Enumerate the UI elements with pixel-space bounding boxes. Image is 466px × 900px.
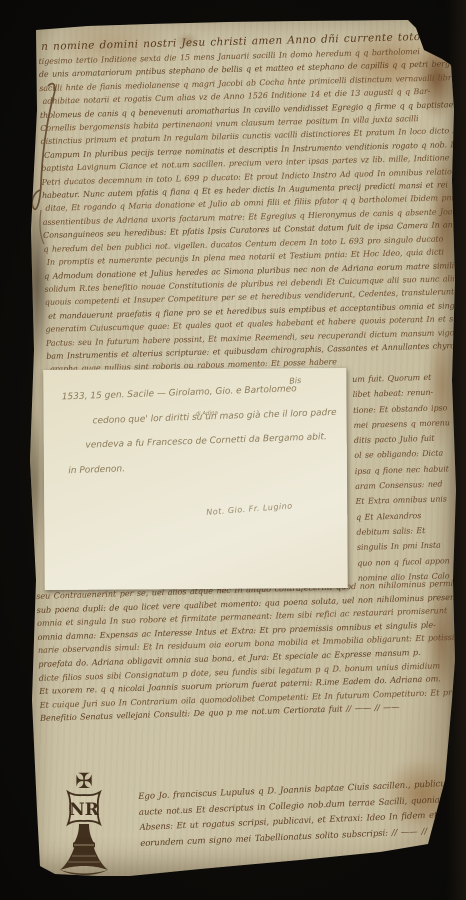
manuscript-line: Pactus: seu In futurum habere possint, E… <box>46 326 460 350</box>
manuscript-line: In promptis et numerante pecunijs In ple… <box>47 245 458 269</box>
ink-spot-top <box>176 34 198 48</box>
manuscript-line: singulis In pmi Insta <box>357 537 461 555</box>
shadow-left-edge <box>24 198 50 368</box>
manuscript-line: n nomine domini nostri Jesu christi amen… <box>41 29 452 55</box>
manuscript-line: Petri ducatos decemnum in toto L 699 p d… <box>42 165 456 189</box>
stain-right-upper <box>428 138 462 308</box>
manuscript-line: dicte filios suos sibi Consignatum p dot… <box>39 658 457 685</box>
manuscript-line: Ego Jo. franciscus Lupulus q D. Joannis … <box>138 777 456 806</box>
photo-background: n nomine domini nostri Jesu christi amen… <box>0 0 466 900</box>
manuscript-upper-text: n nomine domini nostri Jesu christi amen… <box>38 29 461 376</box>
manuscript-line: sub poena dupli: de quo licet vere quali… <box>36 590 454 617</box>
manuscript-line: assentientibus de Adriana uxoris factaru… <box>43 205 457 229</box>
manuscript-line: Absens: Et ut rogatus scripsi, publicavi… <box>139 808 457 837</box>
manuscript-line: Et Extra omnibus unis <box>355 491 459 509</box>
manuscript-line: aram Consensus: ned <box>355 476 459 494</box>
stain-right-lower <box>424 575 460 705</box>
slip-note-text: 1533, 15 gen. Sacile — Girolamo, Gio. e … <box>43 375 349 484</box>
stain-top-left <box>46 20 176 72</box>
manuscript-line: aucte not.us Et descriptus in Collegio n… <box>139 792 457 821</box>
manuscript-line: eorundem cum signo mei Tabellionatus sol… <box>140 823 458 852</box>
manuscript-line: tione: Et obstando ipso <box>353 400 457 418</box>
manuscript-line: Consanguineos seu heredibus: Et pfatis I… <box>43 218 457 242</box>
manuscript-lower-text: seu Contrauenerint per se, uel alios atq… <box>36 577 458 726</box>
manuscript-line: q heredum del ben publici not. vigellen.… <box>43 232 457 256</box>
notary-monogram: NR <box>69 800 100 820</box>
manuscript-line: Campum In pluribus pecijs terrae nominat… <box>44 138 455 162</box>
manuscript-line: distinctius primum et pratum In regulam … <box>40 125 454 149</box>
manuscript-line: Et uxorem re. q q nicolai Joannis suorum… <box>39 672 457 699</box>
manuscript-line: quo non q fucol appon <box>357 553 461 571</box>
manuscript-line: sacilli hnte de fianis mediolanense q ma… <box>39 71 453 95</box>
manuscript-line: Et cuique Juri suo In Contrarium oila qu… <box>39 686 457 713</box>
manuscript-line: generatim Cuiuscumque quae: Et quales qu… <box>45 312 459 336</box>
manuscript-line: solidum R.tes benefitio nouae Constituti… <box>44 272 458 296</box>
stain-top-right-edge <box>416 36 458 120</box>
manuscript-line: bam Instrumentis et alterius scripturae:… <box>46 339 460 363</box>
manuscript-line: adhibitae notarii et rogatis Cum alias v… <box>42 84 453 108</box>
manuscript-line: ditae, Et rogando q Maria donatione et J… <box>45 192 456 216</box>
manuscript-line: narie observandis simul: Et In residuum … <box>38 631 456 658</box>
manuscript-line: omnia damna: Expensas ac Interesse Intus… <box>37 618 455 645</box>
archival-slip-note: Bis 1533, 15 gen. Sacile — Girolamo, Gio… <box>43 368 348 590</box>
manuscript-line: um fuit. Quorum et <box>352 369 456 387</box>
stain-right-middle <box>426 320 458 450</box>
manuscript-line: ipsa q fione nec habuit <box>355 461 459 479</box>
manuscript-line: Benefitio Senatus vellejani Consulti: De… <box>40 699 458 726</box>
manuscript-line: q Et Alexandros <box>356 507 460 525</box>
stain-bottom-right <box>384 758 460 830</box>
manuscript-line: de unis aromatariorum pntibus stephano d… <box>39 58 453 82</box>
manuscript-line: ol se obligando: Dicta <box>354 446 458 464</box>
manuscript-line: libet habeat: renun- <box>352 384 456 402</box>
manuscript-line: baptista Lavignum Ciance et not.um sacil… <box>41 151 455 175</box>
pen-flourish <box>30 78 60 258</box>
notary-attestation-text: Ego Jo. franciscus Lupulus q D. Joannis … <box>138 777 458 852</box>
manuscript-line: nomine alio Insta Calo <box>358 568 462 586</box>
manuscript-line: q Admodum donatione et Julius heredes ac… <box>44 259 458 283</box>
manuscript-line: mei praesens q morenu <box>353 415 457 433</box>
manuscript-right-fragments: um fuit. Quorum etlibet habeat: renun-ti… <box>352 369 462 586</box>
manuscript-line: habeatur. Nunc autem pfatis q fiana q Et… <box>42 178 456 202</box>
manuscript-line: debitum salis: Et <box>356 522 460 540</box>
manuscript-line: omnia et singula In suo robore et firmit… <box>37 604 455 631</box>
maltese-cross-icon: ✠ <box>75 769 93 793</box>
manuscript-line: Cornellis bergomensis habita pertinenaon… <box>40 111 454 135</box>
manuscript-line: et mandauerunt praefatis q fiane pro se … <box>48 299 459 323</box>
manuscript-line: tigesimo tertio Inditione sexta die 15 m… <box>38 44 452 68</box>
stain-top-right <box>328 28 448 98</box>
manuscript-line: praefata do. Adriana obligavit omnia sua… <box>38 645 456 672</box>
shadow-left-edge-lower <box>24 408 44 558</box>
slip-notary-signature: Not. Gio. Fr. Lugino <box>206 501 293 517</box>
notary-signum-icon: ✠ NR <box>56 768 112 880</box>
manuscript-line: ditis pacto Julio fuit <box>354 430 458 448</box>
manuscript-line: quouis competenti et Insuper Competiture… <box>45 285 459 309</box>
manuscript-line: tholomeus de canis q q benevenuti aromat… <box>40 98 454 122</box>
